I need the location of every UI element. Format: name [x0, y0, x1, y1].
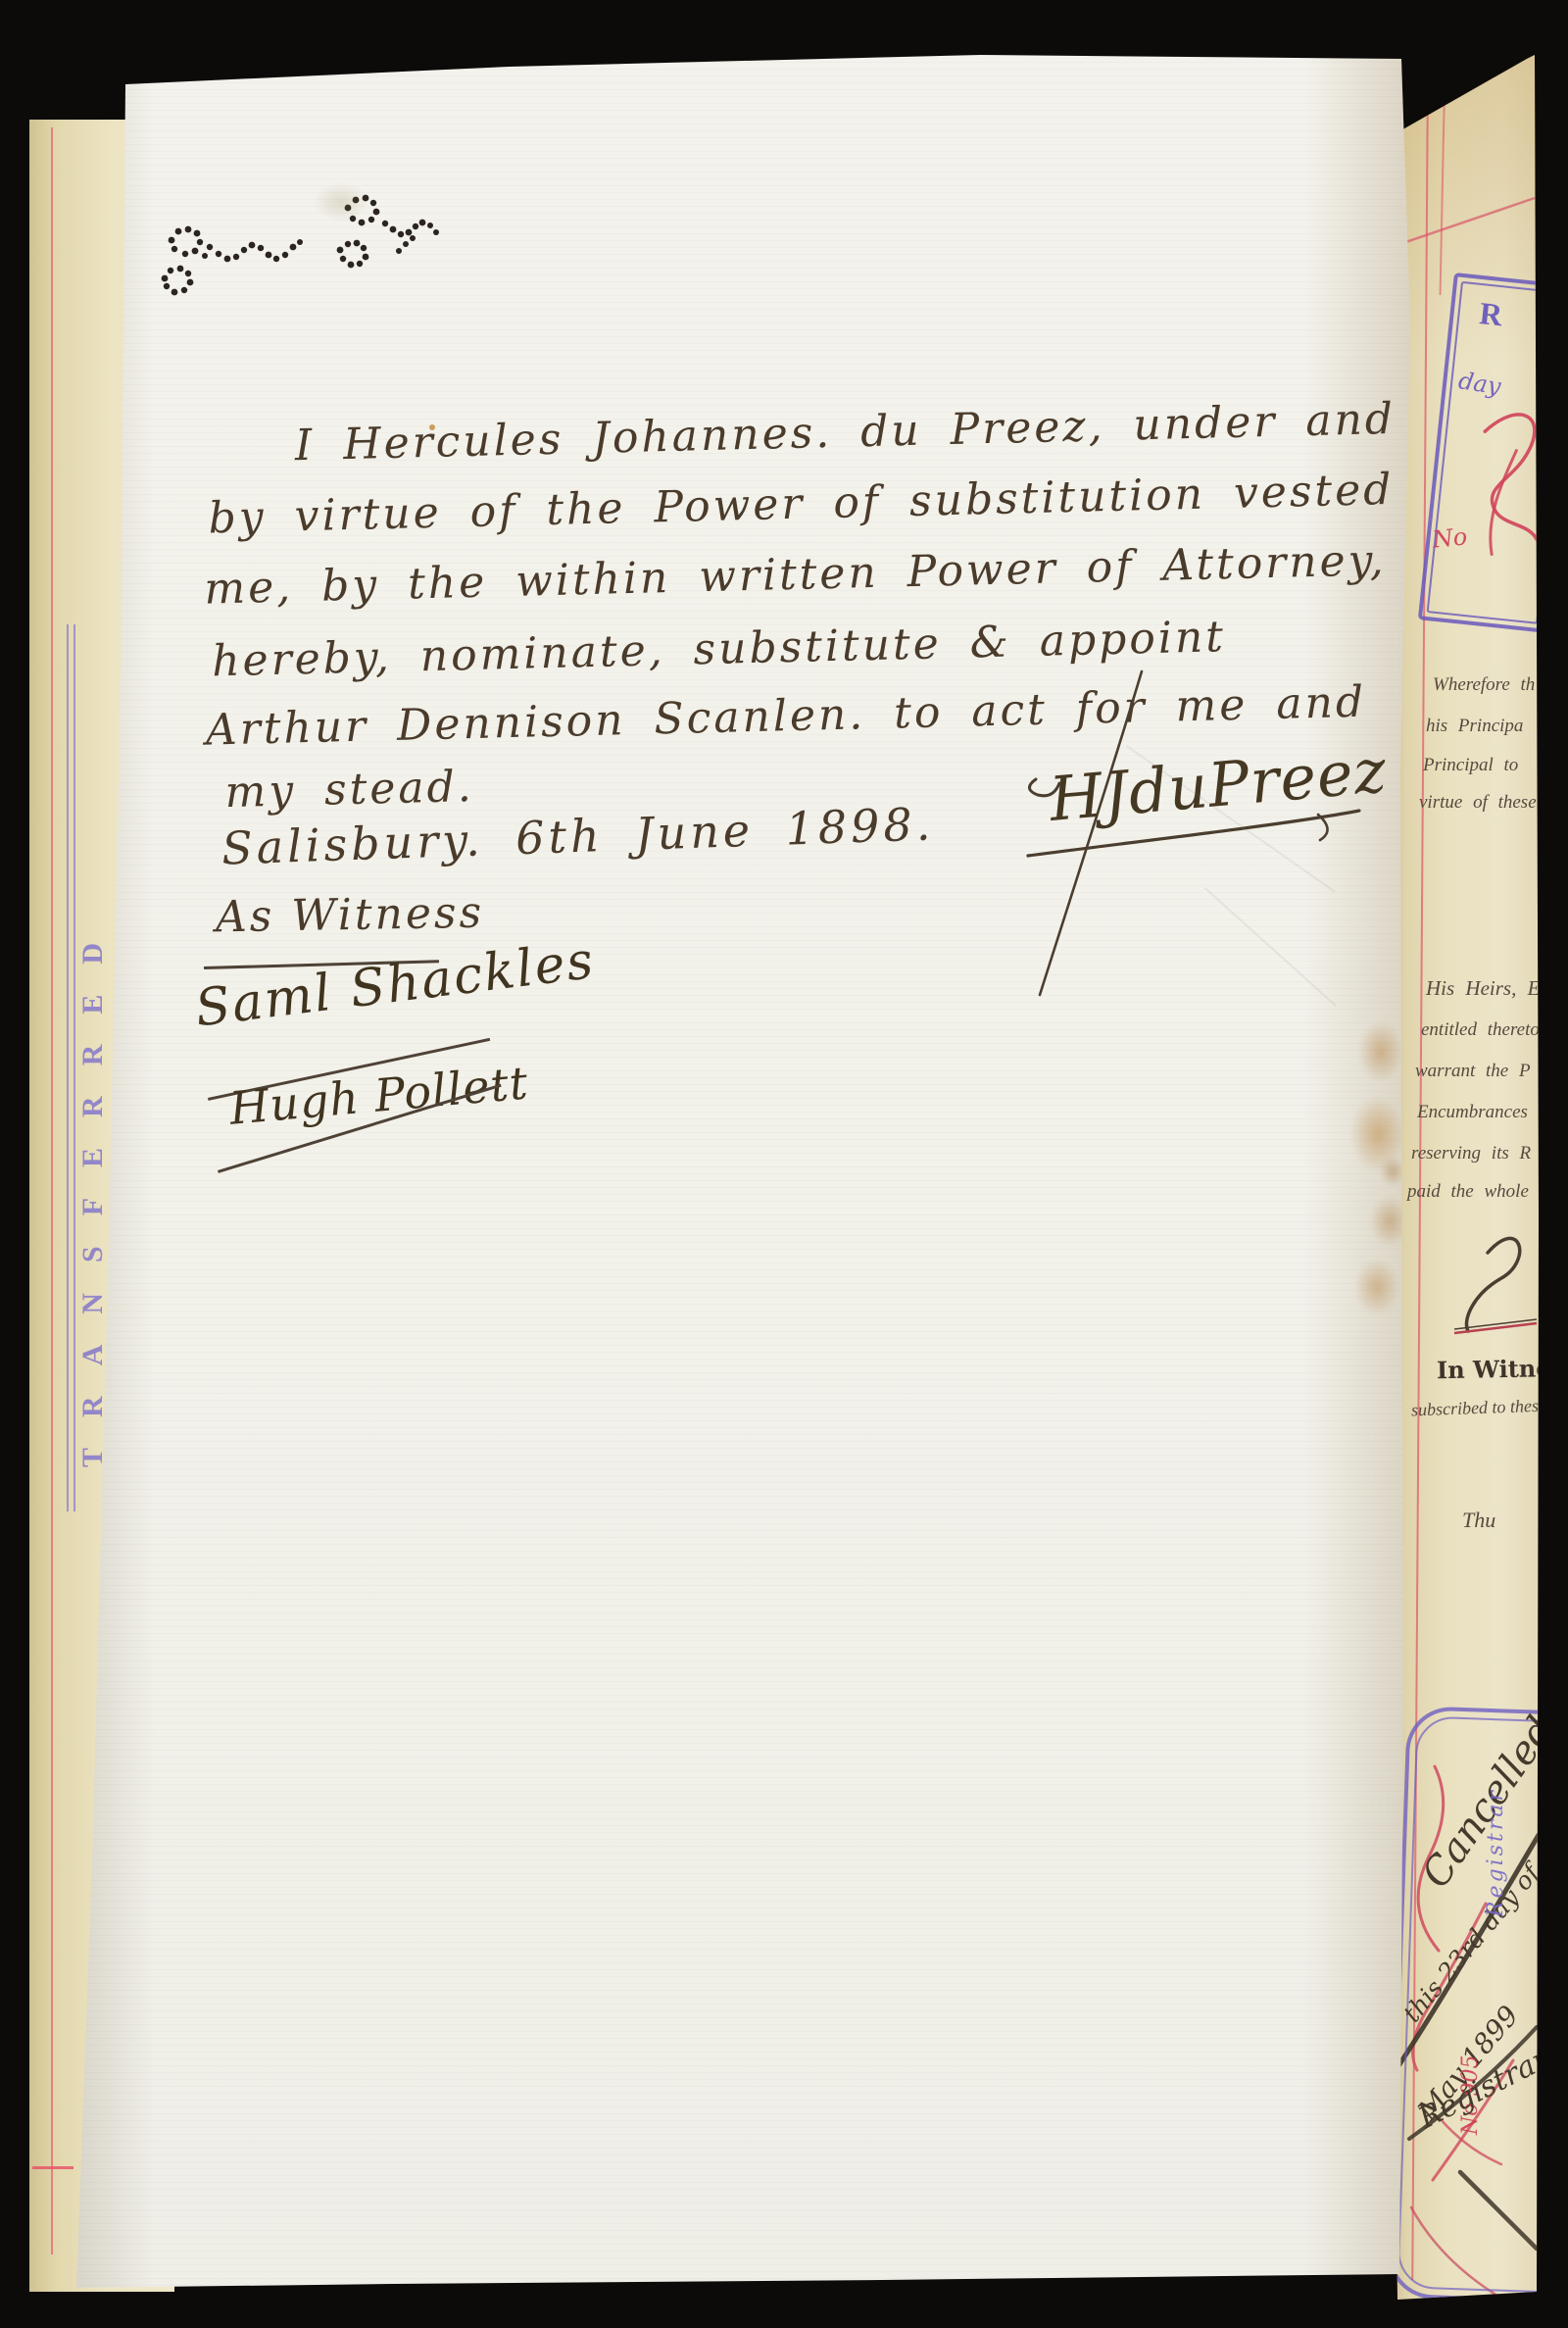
registrar-vertical-stamp-text: Registrar	[1484, 1751, 1508, 1917]
printed-line: Wherefore th	[1433, 674, 1535, 696]
printed-line: reserving its R	[1411, 1143, 1531, 1164]
in-witness-heading: In Witness	[1437, 1354, 1568, 1385]
handwritten-line-3: me, by the within written Power of Attor…	[204, 535, 1387, 614]
transferred-stamp-border-line-2	[73, 624, 75, 1511]
registered-stamp-title: R	[1478, 295, 1512, 334]
perforation-cluster-left	[157, 186, 323, 323]
registered-stamp-red-signature	[1433, 392, 1568, 580]
left-margin-red-line	[51, 127, 53, 2254]
transferred-stamp: TRANSFERRED	[76, 752, 110, 1467]
handwritten-line-2: by virtue of the Power of substitution v…	[208, 465, 1395, 544]
photographed-deed-page: TRANSFERRED R day	[0, 0, 1568, 2328]
principal-signature: HJduPreez	[1046, 734, 1390, 835]
printed-line: his Principa	[1426, 716, 1523, 737]
power-of-attorney-page: I Hercules Johannes. du Preez, under and…	[0, 0, 1568, 2328]
printed-line: Encumbrances	[1417, 1102, 1528, 1123]
transferred-stamp-border-line-1	[67, 624, 69, 1511]
foxing-stain	[1380, 1157, 1405, 1186]
printed-line: warrant the P	[1415, 1061, 1531, 1082]
principal-signature-group: HJduPreez	[995, 642, 1416, 1064]
paper-stain	[314, 182, 368, 222]
handwritten-line-6: my stead.	[224, 762, 474, 817]
foxing-stain	[1358, 1021, 1403, 1082]
as-witness-heading: As Witness	[216, 888, 485, 943]
printed-line: entitled thereto	[1421, 1019, 1540, 1041]
registered-stamp-no-label: No	[1431, 522, 1468, 554]
foxing-stain	[1354, 1259, 1399, 1315]
thus-line: Thu	[1462, 1508, 1495, 1533]
printed-line: virtue of these	[1419, 792, 1537, 814]
printed-line: paid the whole of	[1407, 1181, 1553, 1203]
printed-line: His Heirs, E	[1426, 976, 1540, 1001]
handwritten-line-1: I Hercules Johannes. du Preez, under and	[294, 394, 1396, 471]
printed-line: Principal to	[1423, 755, 1518, 776]
left-bottom-red-line	[32, 2166, 73, 2169]
